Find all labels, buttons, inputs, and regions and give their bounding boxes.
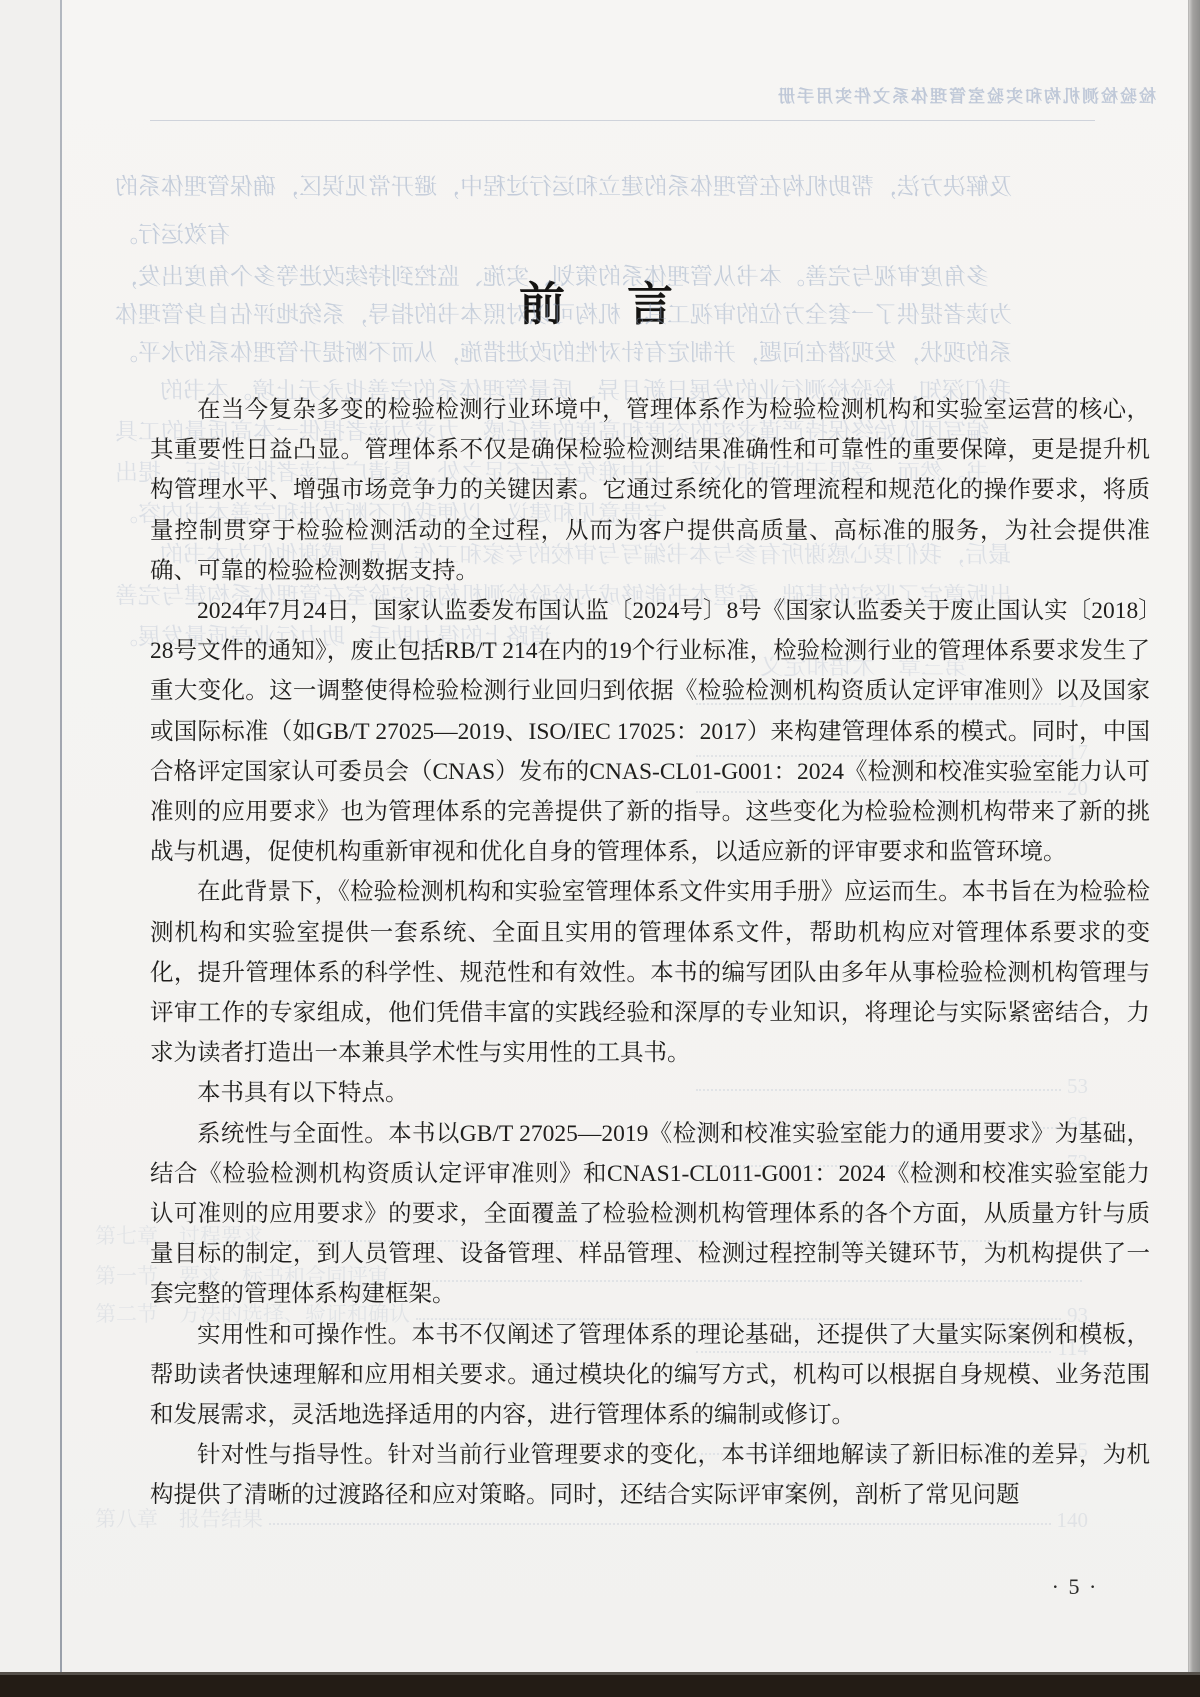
page-number: · 5 · (1030, 1574, 1120, 1600)
running-header-bleed-title: 检验检测机构和实验室管理体系文件实用手册 (776, 82, 1156, 107)
paragraph: 实用性和可操作性。本书不仅阐述了管理体系的理论基础，还提供了大量实际案例和模板，… (150, 1315, 1150, 1436)
paragraph: 本书具有以下特点。 (150, 1073, 1150, 1113)
scanned-book-page: 检验检测机构和实验室管理体系文件实用手册 前 言 及解决方法，帮助机构在管理体系… (0, 0, 1200, 1697)
paragraph: 系统性与全面性。本书以GB/T 27025—2019《检测和校准实验室能力的通用… (150, 1114, 1150, 1315)
page-left-margin (0, 0, 60, 1675)
toc-dotted-leader (269, 1523, 1051, 1525)
bleed-through-line: 有效运行。 (115, 216, 230, 249)
paragraph: 在当今复杂多变的检验检测行业环境中，管理体系作为检验检测机构和实验室运营的核心，… (150, 390, 1150, 591)
scanner-bottom-band (0, 1672, 1200, 1697)
body-text: 在当今复杂多变的检验检测行业环境中，管理体系作为检验检测机构和实验室运营的核心，… (150, 390, 1150, 1516)
bleed-through-line: 及解决方法，帮助机构在管理体系的建立和运行过程中，避开常见误区，确保管理体系的 (115, 168, 1012, 201)
bleed-through-line: 系的现状，发现潜在问题，并制定有针对性的改进措施，从而不断提升管理体系的水平。 (115, 334, 1012, 367)
paragraph: 在此背景下，《检验检测机构和实验室管理体系文件实用手册》应运而生。本书旨在为检验… (150, 872, 1150, 1073)
page-fold-line (60, 0, 62, 1675)
header-rule (150, 120, 1095, 121)
bleed-through-line: 为读者提供了一套全方位的审视工具。机构可以对照本书的指导，系统地评估自身管理体 (115, 296, 1012, 329)
bleed-through-line: 多角度审视与完善。本书从管理体系的策划、实施、监控到持续改进等多个角度出发， (115, 258, 989, 291)
paragraph: 针对性与指导性。针对当前行业管理要求的变化，本书详细地解读了新旧标准的差异，为机… (150, 1435, 1150, 1515)
scan-right-edge (1189, 0, 1200, 1675)
paragraph: 2024年7月24日，国家认监委发布国认监〔2024号〕8号《国家认监委关于废止… (150, 591, 1150, 872)
